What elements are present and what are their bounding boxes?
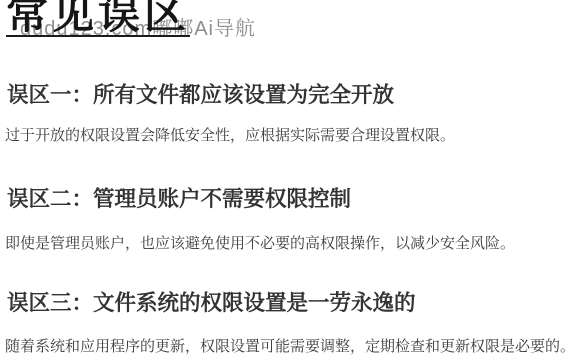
section-heading-misconception-3: 误区三：文件系统的权限设置是一劳永逸的 [7, 292, 416, 315]
section-body-misconception-2: 即使是管理员账户，也应该避免使用不必要的高权限操作，以减少安全风险。 [5, 235, 515, 253]
document-page: dudu123.com嘟嘟Ai导航 常见误区 误区一：所有文件都应该设置为完全开… [0, 0, 576, 360]
section-heading-misconception-2: 误区二：管理员账户不需要权限控制 [7, 188, 351, 211]
page-title: 常见误区 [6, 0, 190, 37]
page-title-text: 常见误区 [6, 0, 190, 37]
section-body-misconception-3: 随着系统和应用程序的更新，权限设置可能需要调整，定期检查和更新权限是必要的。 [5, 338, 575, 356]
section-body-misconception-1: 过于开放的权限设置会降低安全性，应根据实际需要合理设置权限。 [5, 127, 455, 145]
section-heading-misconception-1: 误区一：所有文件都应该设置为完全开放 [7, 84, 394, 107]
